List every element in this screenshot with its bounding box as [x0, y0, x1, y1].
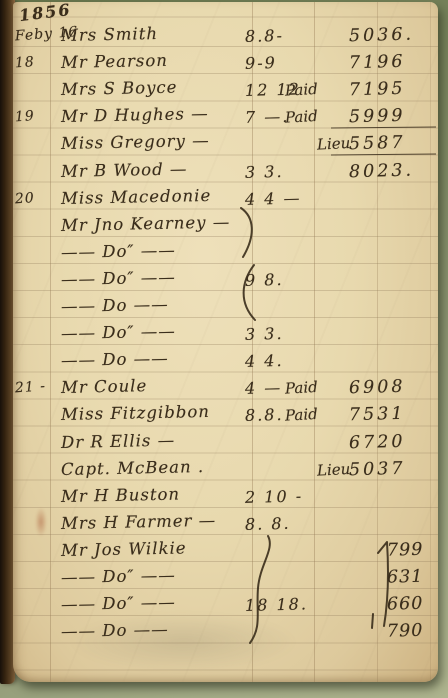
- entry-name: Miss Gregory —: [61, 126, 252, 157]
- entry-date: [15, 400, 55, 403]
- entry-amount: 3 3.: [245, 319, 316, 348]
- entry-ref-number: [349, 183, 441, 185]
- entry-ref-number: [349, 481, 441, 483]
- entry-date: [15, 508, 55, 511]
- entry-amount: 8. 8.: [245, 509, 316, 538]
- entry-ref-number: [349, 265, 441, 267]
- entry-name: Mrs S Boyce: [61, 72, 252, 103]
- rust-stain: [35, 507, 47, 537]
- entry-date: [15, 156, 55, 159]
- entry-name: Mr B Wood —: [61, 154, 252, 185]
- entry-date: 18: [14, 48, 56, 78]
- entry-name: Mr H Buston: [61, 479, 252, 510]
- entry-note: Paid: [284, 75, 347, 105]
- entry-ref-number: 631: [387, 563, 440, 591]
- entry-name: —— Do″ ——: [61, 560, 252, 591]
- entry-ref-number: 7196: [349, 48, 442, 77]
- entry-date: [15, 590, 55, 593]
- entry-ref-number: 7531: [349, 400, 442, 429]
- entry-ref-number: [349, 238, 441, 240]
- entry-amount: 4 4 —: [245, 184, 316, 213]
- entry-ref-number: 6720: [349, 427, 442, 456]
- scanned-ledger-photo: 1856 Feby 16 Mrs Smith 8.8- 5036. 18 Mr …: [0, 0, 448, 698]
- entry-name: Mrs H Farmer —: [61, 506, 252, 537]
- entry-amount: 2 10 -: [245, 482, 316, 511]
- entry-ref-number: 790: [387, 618, 440, 646]
- entry-amount: 9-9: [245, 48, 316, 77]
- entry-name: —— Do ——: [61, 343, 252, 374]
- entry-date: 21 -: [14, 373, 56, 403]
- entry-date: [15, 264, 55, 267]
- entry-date: 19: [14, 102, 56, 132]
- entry-date: [15, 617, 55, 620]
- entry-ref-number: 6908: [349, 373, 442, 402]
- entry-note: Paid: [284, 373, 347, 403]
- entry-date: [15, 75, 55, 78]
- entry-date: Feby 16: [14, 21, 56, 51]
- entry-amount: 8.8-: [245, 21, 316, 50]
- entry-amount: [245, 211, 315, 213]
- entry-date: [15, 210, 55, 213]
- entry-amount: [245, 428, 315, 430]
- entry-name: Capt. McBean .: [61, 452, 252, 483]
- entry-date: 20: [14, 183, 56, 213]
- entry-amount: [245, 238, 315, 240]
- entry-ref-number: 7195: [349, 75, 442, 104]
- entry-note: Paid: [284, 400, 347, 430]
- entry-amount: [245, 536, 315, 538]
- entry-amount: 3 3.: [245, 157, 316, 186]
- entry-name: —— Do″ ——: [61, 235, 252, 266]
- entry-date: [15, 237, 55, 240]
- entry-ref-number: 5036.: [349, 21, 442, 50]
- entry-date: [15, 319, 55, 322]
- entry-name: —— Do″ ——: [61, 316, 252, 347]
- entry-amount: 18 18.: [245, 590, 316, 619]
- entry-ref-number: 799: [387, 536, 440, 564]
- entry-date: [15, 129, 55, 132]
- entry-name: Mrs Smith: [61, 18, 252, 49]
- entry-ref-number: 8023.: [349, 156, 442, 185]
- entry-ref-number: [349, 346, 441, 348]
- entry-name: Dr R Ellis —: [61, 425, 252, 456]
- ledger-page: 1856 Feby 16 Mrs Smith 8.8- 5036. 18 Mr …: [13, 2, 438, 682]
- entry-name: Mr Pearson: [61, 45, 252, 76]
- entry-ref-number: 660: [387, 590, 440, 618]
- entry-name: Mr Jno Kearney —: [61, 208, 252, 239]
- entry-name: —— Do″ ——: [61, 262, 252, 293]
- entry-date: [15, 535, 55, 538]
- entry-date: [15, 427, 55, 430]
- entry-amount: [245, 455, 315, 457]
- entry-amount: [245, 129, 315, 131]
- entry-name: Miss Fitzgibbon: [61, 397, 252, 428]
- entry-amount: [245, 563, 315, 565]
- entry-date: [15, 292, 55, 295]
- ledger-row: Miss Fitzgibbon 8.8. Paid 7531: [13, 401, 438, 428]
- entry-date: [15, 346, 55, 349]
- entry-date: [15, 563, 55, 566]
- ledger-row: Dr R Ellis — 6720: [13, 429, 438, 456]
- entry-ref-number: [349, 509, 441, 511]
- entry-date: [15, 481, 55, 484]
- entry-amount: 4 4.: [245, 346, 316, 375]
- entry-name: Mr Jos Wilkie: [61, 533, 252, 564]
- entry-date: [15, 454, 55, 457]
- entry-name: Miss Macedonie: [61, 181, 252, 212]
- entry-ref-number: [349, 292, 441, 294]
- ledger-row: Miss Gregory — Lieu 5587: [13, 130, 438, 157]
- entry-ref-number: 5037: [349, 454, 442, 483]
- bottom-smudge: [68, 612, 298, 672]
- entry-ref-number: [349, 319, 441, 321]
- entry-amount: [245, 292, 315, 294]
- entry-name: —— Do ——: [61, 289, 252, 320]
- ledger-row: Mr B Wood — 3 3. 8023.: [13, 158, 438, 185]
- entry-amount: 9 8.: [245, 265, 316, 294]
- entry-ref-number: [349, 210, 441, 212]
